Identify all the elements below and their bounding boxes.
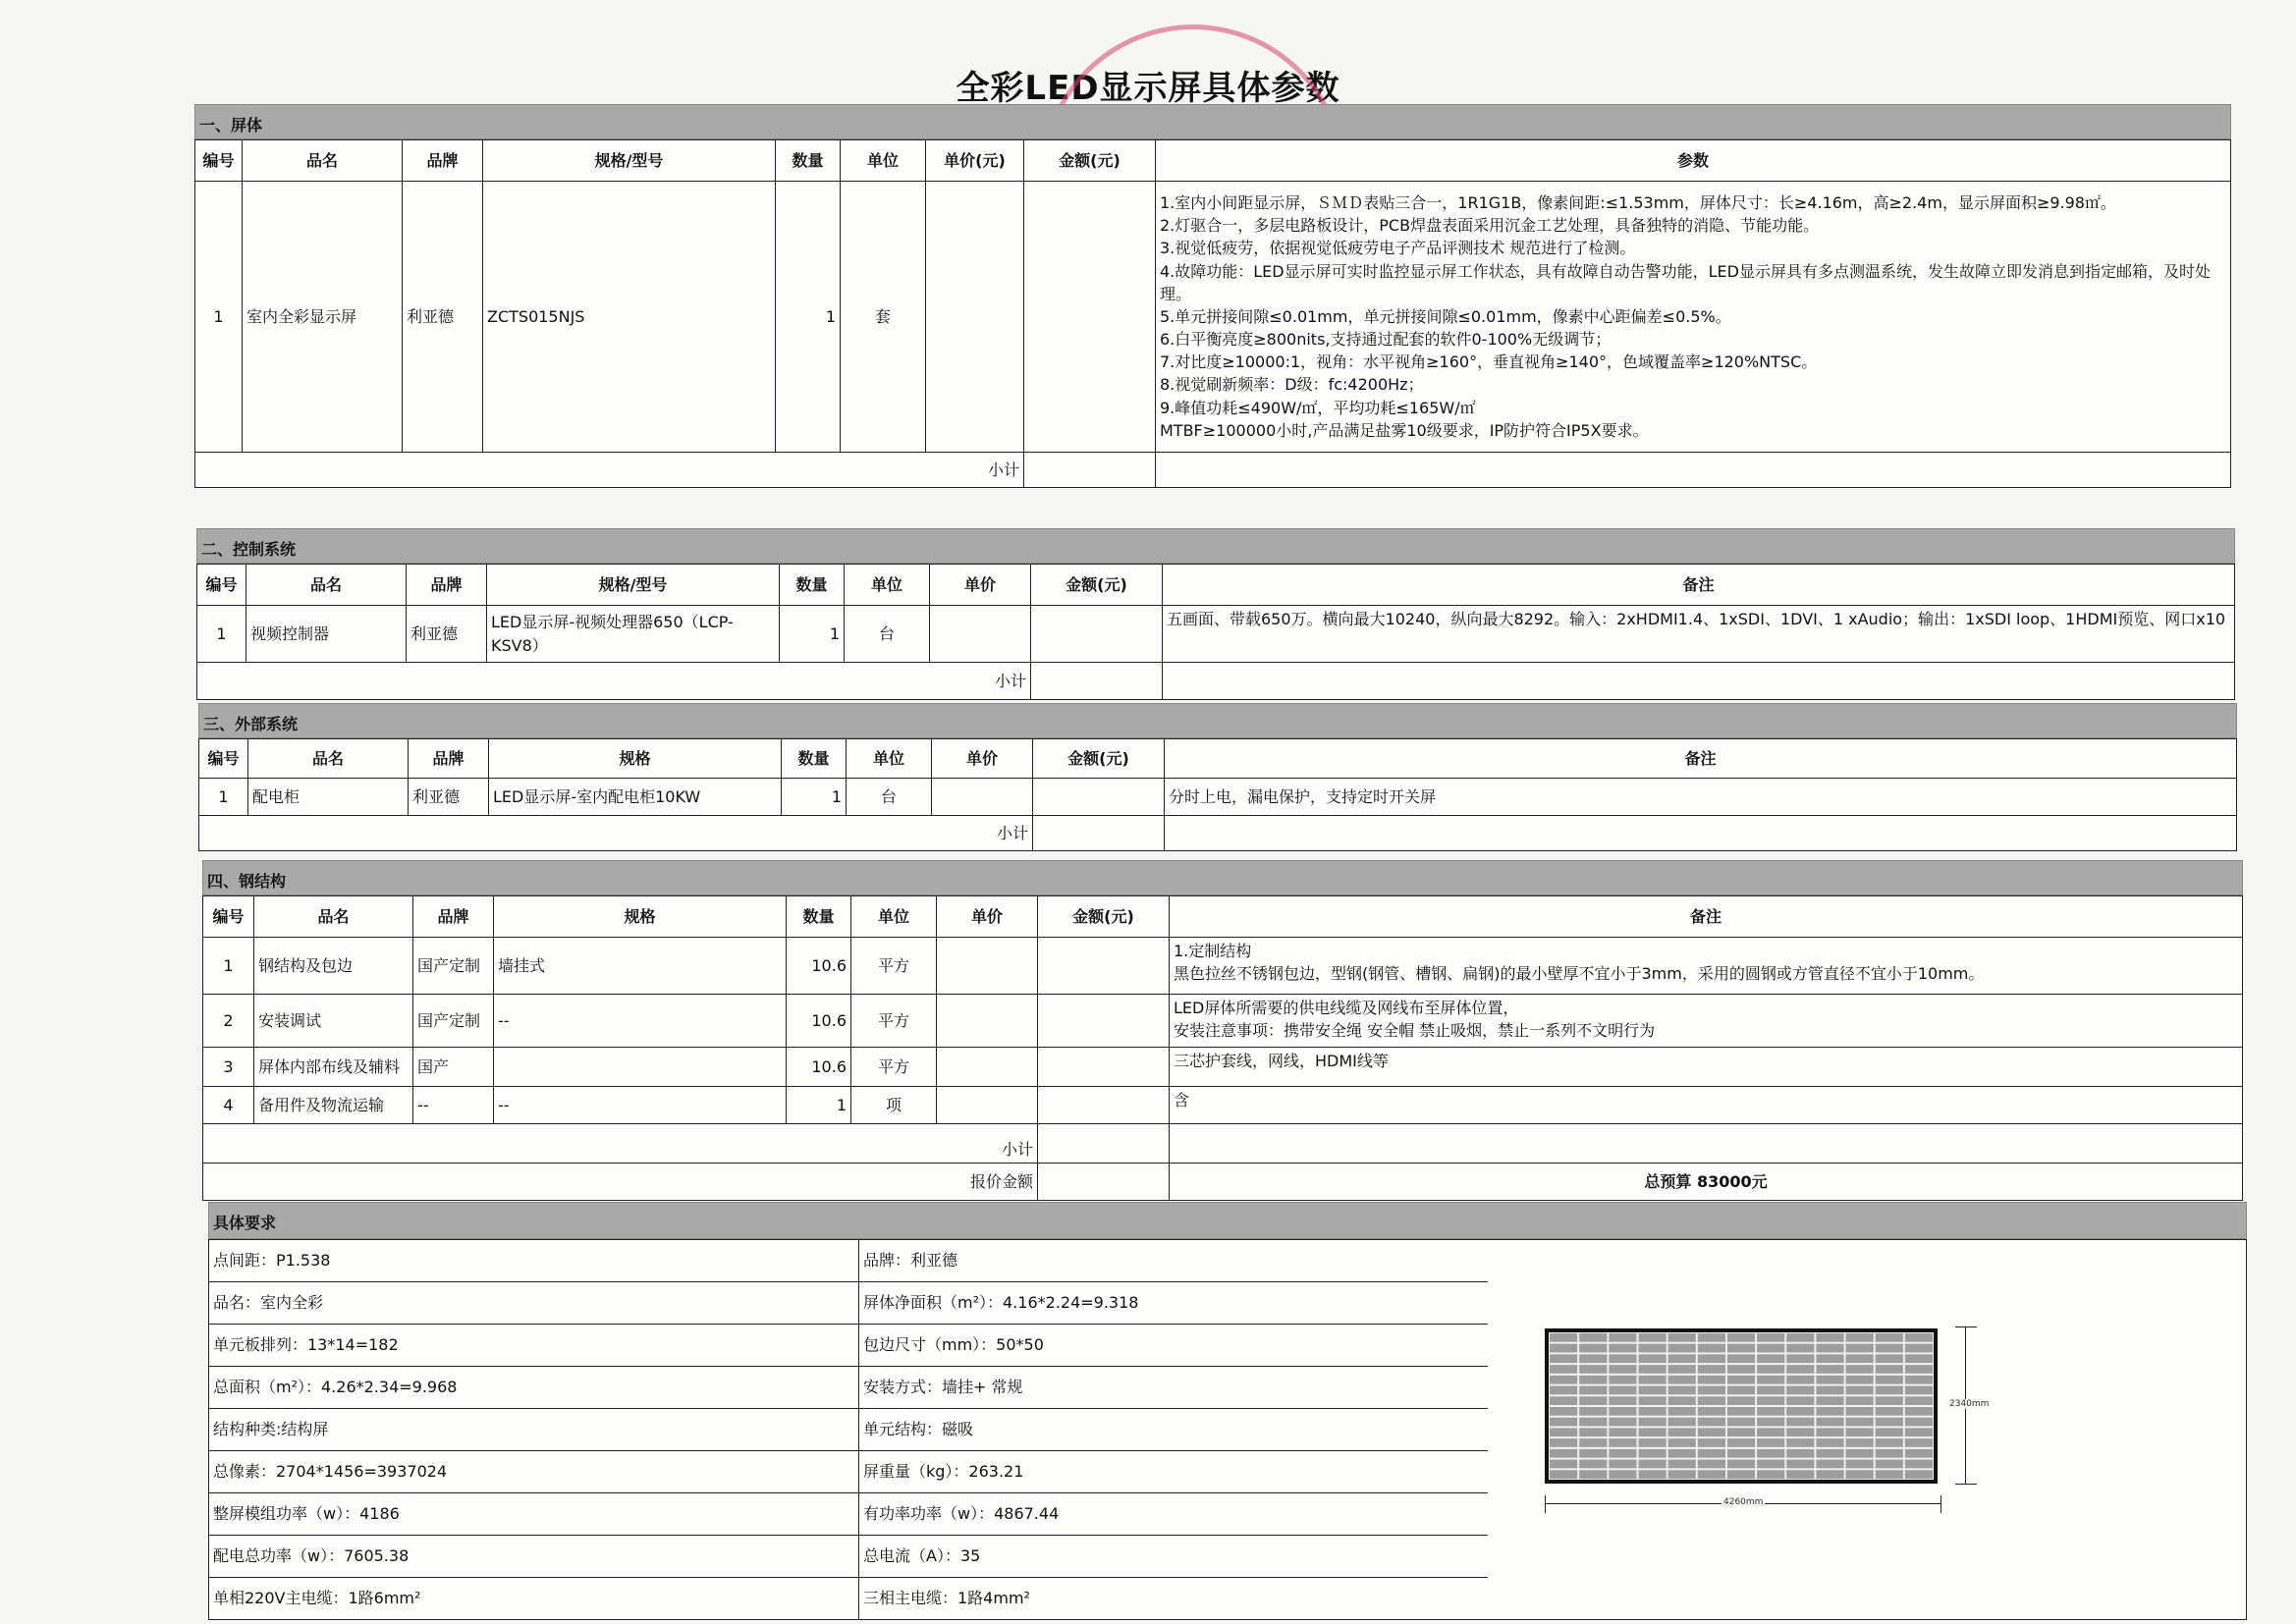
cell-note: LED屏体所需要的供电线缆及网线布至屏体位置， 安装注意事项：携带安全绳 安全帽… <box>1170 995 2243 1048</box>
param-line: 4.故障功能：LED显示屏可实时监控显示屏工作状态，具有故障自动告警功能，LED… <box>1160 260 2226 305</box>
requirement-right: 三相主电缆：1路4mm² <box>859 1578 1488 1620</box>
section-external: 三、外部系统 编号品名品牌规格数量单位单价金额(元)备注 1 配电柜 利亚德 L… <box>198 703 2237 851</box>
column-header: 品名 <box>254 896 413 938</box>
cell-unit: 台 <box>845 606 930 663</box>
requirement-left: 结构种类:结构屏 <box>209 1409 859 1451</box>
cell-amount <box>1033 779 1165 816</box>
subtotal-label: 小计 <box>197 663 1031 700</box>
cell-no: 2 <box>203 995 254 1048</box>
subtotal-row: 小计 <box>195 453 2231 488</box>
column-header: 规格 <box>494 896 787 938</box>
column-header: 单价 <box>932 739 1033 779</box>
param-line: 9.峰值功耗≤490W/㎡，平均功耗≤165W/㎡ <box>1160 397 2226 419</box>
section-control: 二、控制系统 编号品名品牌规格/型号数量单位单价金额(元)备注 1 视频控制器 … <box>196 528 2235 700</box>
requirement-left: 单元板排列：13*14=182 <box>209 1325 859 1367</box>
quote-label: 报价金额 <box>203 1164 1038 1201</box>
cell-no: 1 <box>197 606 246 663</box>
column-header: 单位 <box>841 140 926 182</box>
column-header: 参数 <box>1156 140 2231 182</box>
column-header: 编号 <box>195 140 243 182</box>
requirement-left: 总像素：2704*1456=3937024 <box>209 1451 859 1493</box>
subtotal-note <box>1170 1124 2243 1164</box>
cell-price <box>930 606 1031 663</box>
screen-table: 编号品名品牌规格/型号数量单位单价(元)金额(元)参数 1 室内全彩显示屏 利亚… <box>194 139 2231 488</box>
height-tick-top <box>1955 1326 1977 1327</box>
subtotal-amount <box>1038 1124 1170 1164</box>
subtotal-label: 小计 <box>199 816 1033 851</box>
column-header: 单价(元) <box>926 140 1024 182</box>
column-header: 规格 <box>489 739 782 779</box>
table-row: 2安装调试国产定制--10.6平方LED屏体所需要的供电线缆及网线布至屏体位置，… <box>203 995 2243 1048</box>
cell-no: 1 <box>203 938 254 995</box>
cell-amount <box>1038 1087 1170 1124</box>
cell-name: 钢结构及包边 <box>254 938 413 995</box>
requirement-left: 单相220V主电缆：1路6mm² <box>209 1578 859 1620</box>
cell-unit: 平方 <box>851 938 937 995</box>
cell-note: 含 <box>1170 1087 2243 1124</box>
cell-amount <box>1031 606 1163 663</box>
table-row: 4备用件及物流运输----1项含 <box>203 1087 2243 1124</box>
header-row: 编号品名品牌规格数量单位单价金额(元)备注 <box>199 739 2237 779</box>
column-header: 单位 <box>847 739 932 779</box>
column-header: 编号 <box>199 739 248 779</box>
cell-brand: 利亚德 <box>403 182 483 453</box>
param-line: 7.对比度≥10000:1，视角：水平视角≥160°，垂直视角≥140°，色域覆… <box>1160 351 2226 373</box>
subtotal-label: 小计 <box>195 453 1024 488</box>
param-line: 1.室内小间距显示屏，ＳＭＤ表贴三合一，1R1G1B，像素间距:≤1.53mm，… <box>1160 191 2226 214</box>
control-table: 编号品名品牌规格/型号数量单位单价金额(元)备注 1 视频控制器 利亚德 LED… <box>196 564 2235 700</box>
param-line: 6.白平衡亮度≥800nits,支持通过配套的软件0-100%无级调节； <box>1160 328 2226 351</box>
section-heading: 三、外部系统 <box>198 703 2237 738</box>
column-header: 规格/型号 <box>483 140 776 182</box>
requirement-right: 屏重量（kg）：263.21 <box>859 1451 1488 1493</box>
column-header: 备注 <box>1170 896 2243 938</box>
column-header: 品名 <box>246 565 407 606</box>
section-heading: 一、屏体 <box>194 104 2231 139</box>
header-row: 编号品名品牌规格/型号数量单位单价(元)金额(元)参数 <box>195 140 2231 182</box>
requirement-left: 整屏模组功率（w）：4186 <box>209 1493 859 1536</box>
table-row: 1 室内全彩显示屏 利亚德 ZCTS015NJS 1 套 1.室内小间距显示屏，… <box>195 182 2231 453</box>
requirement-left: 总面积（m²）：4.26*2.34=9.968 <box>209 1367 859 1409</box>
width-label: 4260mm <box>1722 1497 1765 1507</box>
cell-amount <box>1024 182 1156 453</box>
cell-qty: 1 <box>780 606 845 663</box>
requirement-right: 屏体净面积（m²）：4.16*2.24=9.318 <box>859 1282 1488 1325</box>
column-header: 数量 <box>776 140 841 182</box>
column-header: 数量 <box>787 896 851 938</box>
quote-amount <box>1038 1164 1170 1201</box>
cell-amount <box>1038 1048 1170 1087</box>
cell-qty: 10.6 <box>787 1048 851 1087</box>
cell-qty: 1 <box>787 1087 851 1124</box>
cell-unit: 台 <box>847 779 932 816</box>
section-heading: 具体要求 <box>208 1202 2247 1239</box>
cell-no: 4 <box>203 1087 254 1124</box>
section-heading: 四、钢结构 <box>202 860 2243 895</box>
column-header: 编号 <box>197 565 246 606</box>
cell-qty: 1 <box>776 182 841 453</box>
requirement-left: 配电总功率（w）：7605.38 <box>209 1536 859 1578</box>
column-header: 备注 <box>1163 565 2235 606</box>
param-line: 8.视觉刷新频率：D级：fc:4200Hz； <box>1160 373 2226 396</box>
section-heading: 二、控制系统 <box>196 528 2235 564</box>
cell-model: ZCTS015NJS <box>483 182 776 453</box>
column-header: 品牌 <box>413 896 494 938</box>
subtotal-amount <box>1033 816 1165 851</box>
column-header: 金额(元) <box>1031 565 1163 606</box>
cell-no: 3 <box>203 1048 254 1087</box>
cell-amount <box>1038 938 1170 995</box>
subtotal-note <box>1156 453 2231 488</box>
cell-brand: -- <box>413 1087 494 1124</box>
subtotal-amount <box>1031 663 1163 700</box>
height-label: 2340mm <box>1947 1399 1991 1409</box>
cell-qty: 1 <box>782 779 847 816</box>
param-line: 2.灯驱合一，多层电路板设计，PCB焊盘表面采用沉金工艺处理，具备独特的消隐、节… <box>1160 214 2226 237</box>
params-cell: 1.室内小间距显示屏，ＳＭＤ表贴三合一，1R1G1B，像素间距:≤1.53mm，… <box>1156 182 2231 453</box>
cell-unit: 套 <box>841 182 926 453</box>
subtotal-row: 小计 <box>203 1124 2243 1164</box>
cell-name: 视频控制器 <box>246 606 407 663</box>
column-header: 金额(元) <box>1024 140 1156 182</box>
screen-layout-diagram: 4260mm 2340mm <box>1537 1321 1959 1517</box>
cell-unit: 平方 <box>851 995 937 1048</box>
column-header: 品牌 <box>407 565 487 606</box>
cell-no: 1 <box>195 182 243 453</box>
param-line: MTBF≥100000小时,产品满足盐雾10级要求，IP防护符合IP5X要求。 <box>1160 419 2226 442</box>
cell-qty: 10.6 <box>787 995 851 1048</box>
requirement-right: 单元结构：磁吸 <box>859 1409 1488 1451</box>
cell-brand: 利亚德 <box>407 606 487 663</box>
section-steel: 四、钢结构 编号品名品牌规格数量单位单价金额(元)备注 1钢结构及包边国产定制墙… <box>202 860 2243 1201</box>
column-header: 单位 <box>851 896 937 938</box>
column-header: 数量 <box>782 739 847 779</box>
subtotal-note <box>1165 816 2237 851</box>
requirement-left: 点间距：P1.538 <box>209 1240 859 1282</box>
subtotal-row: 小计 <box>197 663 2235 700</box>
width-tick-right <box>1941 1495 1941 1513</box>
column-header: 规格/型号 <box>487 565 780 606</box>
cell-unit: 平方 <box>851 1048 937 1087</box>
section-screen: 一、屏体 编号品名品牌规格/型号数量单位单价(元)金额(元)参数 1 室内全彩显… <box>194 104 2231 488</box>
cell-price <box>937 1087 1038 1124</box>
width-tick-left <box>1545 1495 1546 1513</box>
steel-table: 编号品名品牌规格数量单位单价金额(元)备注 1钢结构及包边国产定制墙挂式10.6… <box>202 895 2243 1201</box>
height-tick-bottom <box>1955 1484 1977 1485</box>
table-row: 1钢结构及包边国产定制墙挂式10.6平方1.定制结构 黑色拉丝不锈钢包边，型钢(… <box>203 938 2243 995</box>
header-row: 编号品名品牌规格/型号数量单位单价金额(元)备注 <box>197 565 2235 606</box>
cell-unit: 项 <box>851 1087 937 1124</box>
column-header: 数量 <box>780 565 845 606</box>
subtotal-note <box>1163 663 2235 700</box>
cell-name: 屏体内部布线及辅料 <box>254 1048 413 1087</box>
cell-amount <box>1038 995 1170 1048</box>
column-header: 金额(元) <box>1033 739 1165 779</box>
cell-model: -- <box>494 1087 787 1124</box>
cell-price <box>937 1048 1038 1087</box>
column-header: 金额(元) <box>1038 896 1170 938</box>
subtotal-row: 小计 <box>199 816 2237 851</box>
led-panel-grid <box>1545 1328 1938 1484</box>
cell-note: 五画面、带载650万。横向最大10240，纵向最大8292。输入：2xHDMI1… <box>1163 606 2235 663</box>
column-header: 备注 <box>1165 739 2237 779</box>
cell-qty: 10.6 <box>787 938 851 995</box>
cell-brand: 国产定制 <box>413 995 494 1048</box>
column-header: 单价 <box>930 565 1031 606</box>
cell-name: 备用件及物流运输 <box>254 1087 413 1124</box>
table-row: 1 视频控制器 利亚德 LED显示屏-视频处理器650（LCP-KSV8） 1 … <box>197 606 2235 663</box>
cell-price <box>937 995 1038 1048</box>
cell-name: 室内全彩显示屏 <box>243 182 403 453</box>
table-row: 1 配电柜 利亚德 LED显示屏-室内配电柜10KW 1 台 分时上电，漏电保护… <box>199 779 2237 816</box>
table-row: 3屏体内部布线及辅料国产10.6平方三芯护套线，网线，HDMI线等 <box>203 1048 2243 1087</box>
quote-row: 报价金额 总预算 83000元 <box>203 1164 2243 1201</box>
cell-note: 分时上电，漏电保护，支持定时开关屏 <box>1165 779 2237 816</box>
column-header: 品牌 <box>403 140 483 182</box>
cell-model: -- <box>494 995 787 1048</box>
cell-model: 墙挂式 <box>494 938 787 995</box>
cell-note: 三芯护套线，网线，HDMI线等 <box>1170 1048 2243 1087</box>
requirement-left: 品名：室内全彩 <box>209 1282 859 1325</box>
total-budget: 总预算 83000元 <box>1170 1164 2243 1201</box>
cell-brand: 利亚德 <box>409 779 489 816</box>
requirement-right: 有功率功率（w）：4867.44 <box>859 1493 1488 1536</box>
requirement-right: 安装方式：墙挂+ 常规 <box>859 1367 1488 1409</box>
requirement-row: 点间距：P1.538品牌：利亚德 <box>209 1240 2247 1282</box>
column-header: 品名 <box>248 739 409 779</box>
requirement-right: 品牌：利亚德 <box>859 1240 1488 1282</box>
cell-name: 安装调试 <box>254 995 413 1048</box>
cell-note: 1.定制结构 黑色拉丝不锈钢包边，型钢(钢管、槽钢、扁钢)的最小壁厚不宜小于3m… <box>1170 938 2243 995</box>
column-header: 品名 <box>243 140 403 182</box>
cell-brand: 国产定制 <box>413 938 494 995</box>
cell-price <box>932 779 1033 816</box>
cell-model <box>494 1048 787 1087</box>
column-header: 品牌 <box>409 739 489 779</box>
cell-model: LED显示屏-室内配电柜10KW <box>489 779 782 816</box>
column-header: 单价 <box>937 896 1038 938</box>
column-header: 单位 <box>845 565 930 606</box>
page-title: 全彩LED显示屏具体参数 <box>0 61 2296 109</box>
header-row: 编号品名品牌规格数量单位单价金额(元)备注 <box>203 896 2243 938</box>
cell-name: 配电柜 <box>248 779 409 816</box>
cell-price <box>937 938 1038 995</box>
cell-no: 1 <box>199 779 248 816</box>
subtotal-label: 小计 <box>203 1124 1038 1164</box>
requirement-right: 包边尺寸（mm）：50*50 <box>859 1325 1488 1367</box>
param-line: 5.单元拼接间隙≤0.01mm，单元拼接间隙≤0.01mm，像素中心距偏差≤0.… <box>1160 305 2226 328</box>
subtotal-amount <box>1024 453 1156 488</box>
cell-brand: 国产 <box>413 1048 494 1087</box>
param-line: 3.视觉低疲劳，依据视觉低疲劳电子产品评测技术 规范进行了检测。 <box>1160 237 2226 259</box>
column-header: 编号 <box>203 896 254 938</box>
requirement-right: 总电流（A）：35 <box>859 1536 1488 1578</box>
external-table: 编号品名品牌规格数量单位单价金额(元)备注 1 配电柜 利亚德 LED显示屏-室… <box>198 738 2237 851</box>
cell-model: LED显示屏-视频处理器650（LCP-KSV8） <box>487 606 780 663</box>
cell-price <box>926 182 1024 453</box>
